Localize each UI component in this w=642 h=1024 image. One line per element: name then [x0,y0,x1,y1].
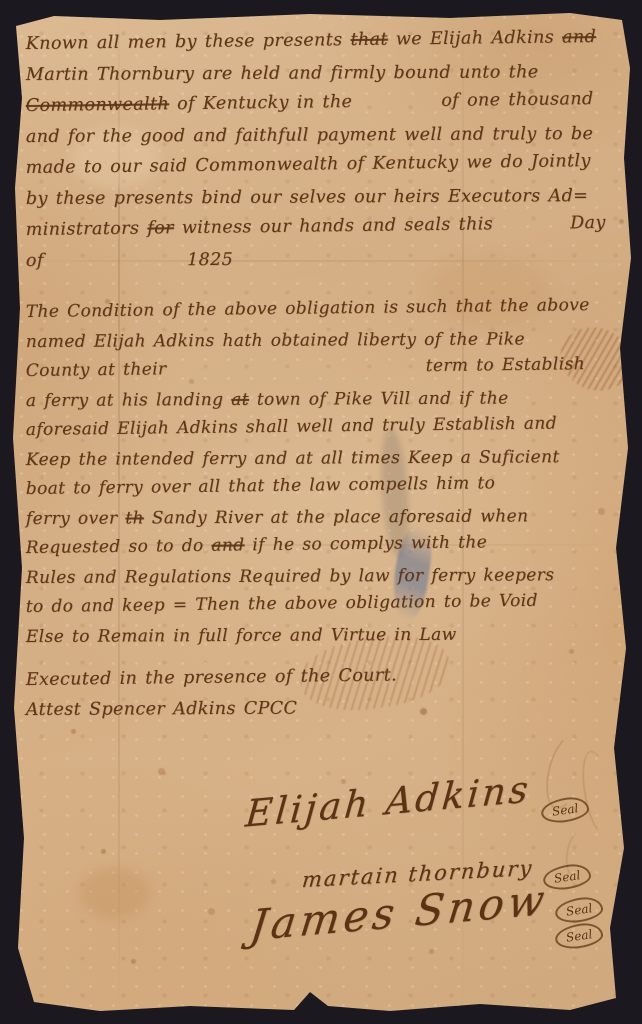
text-line: Executed in the presence of the Court. [26,663,606,700]
text-segment: term to Establish [426,354,586,376]
text-segment: named Elijah Adkins hath obtained libert… [26,329,525,352]
text-line: Attest Spencer Adkins CPCC [26,696,606,729]
text-line: Requested so to do and if he so complys … [26,531,606,568]
condition-paragraph: The Condition of the above obligation is… [26,302,606,656]
struck-text: for [147,218,174,238]
text-segment: if he so complys with the [244,532,487,555]
blank-space [44,265,187,266]
manuscript-paper: Known all men by these presents that we … [10,8,632,1016]
struck-text: that [350,30,388,50]
text-segment: Keep the intended ferry and at all times… [26,447,560,470]
signature-james-snow: James SnowSealSeal [250,888,603,948]
struck-text: and [211,535,244,555]
text-line: of1825 [26,248,606,282]
text-segment: Requested so to do [26,536,212,558]
text-segment: of [26,251,44,271]
foxing-spots [10,8,13,11]
text-segment: and for the good and faithfull payment w… [26,124,593,147]
attestation-paragraph: Executed in the presence of the Court.At… [26,670,606,729]
seal-scribble: Seal [540,794,591,824]
text-line: County at theirterm to Establish [26,354,606,391]
seal-scribble: Seal [553,894,604,924]
text-segment: a ferry at his landing [26,389,231,410]
text-line: aforesaid Elijah Adkins shall well and t… [26,413,606,450]
text-segment: by these presents bind our selves our he… [26,186,588,209]
struck-text: and [562,27,596,47]
text-line: made to our said Commonwealth of Kentuck… [26,151,606,189]
text-line: Known all men by these presents that we … [26,27,606,65]
text-segment: witness our hands and seals this [174,214,501,238]
text-segment: of Kentucky in the [169,92,360,114]
blank-space [233,263,606,265]
struck-text: th [125,508,144,528]
text-segment: of one thousand [441,89,594,111]
struck-text: at [231,389,249,409]
bond-paragraph: Known all men by these presents that we … [26,34,606,282]
signature-elijah-adkins: Elijah AdkinsSeal [245,780,590,823]
text-segment: Executed in the presence of the Court. [26,665,398,690]
text-segment: Attest Spencer Adkins CPCC [26,698,298,719]
text-segment: we Elijah Adkins [388,27,562,49]
text-line: The Condition of the above obligation is… [26,295,606,332]
struck-text: Commonwealth [26,94,170,116]
text-segment: Known all men by these presents [26,30,351,54]
seal-group: SealSeal [549,898,603,948]
text-segment: ministrators [26,219,148,240]
text-line: Else to Remain in full force and Virtue … [26,623,606,656]
text-segment: ferry over [26,508,126,529]
seal-scribble: Seal [553,920,604,950]
text-segment: town of Pike Vill and if the [249,388,509,409]
text-line: to do and keep = Then the above obligati… [26,590,606,627]
text-segment: County at their [26,359,167,381]
text-segment: Rules and Regulations Required by law fo… [26,565,555,588]
text-segment: Sandy River at the place aforesaid when [144,506,529,528]
text-segment: Else to Remain in full force and Virtue … [26,624,457,646]
text-line: Commonwealth of Kentucky in the of one t… [26,89,606,127]
blank-space [501,228,570,229]
blank-space [360,106,441,107]
text-segment: 1825 [187,250,233,270]
text-segment: Martin Thornbury are held and firmly bou… [26,62,539,85]
blank-space [167,371,426,374]
text-line: boat to ferry over all that the law comp… [26,472,606,509]
text-line: ministrators for witness our hands and s… [26,213,606,251]
text-segment: The Condition of the above obligation is… [26,295,590,322]
text-segment: Day [570,213,606,233]
